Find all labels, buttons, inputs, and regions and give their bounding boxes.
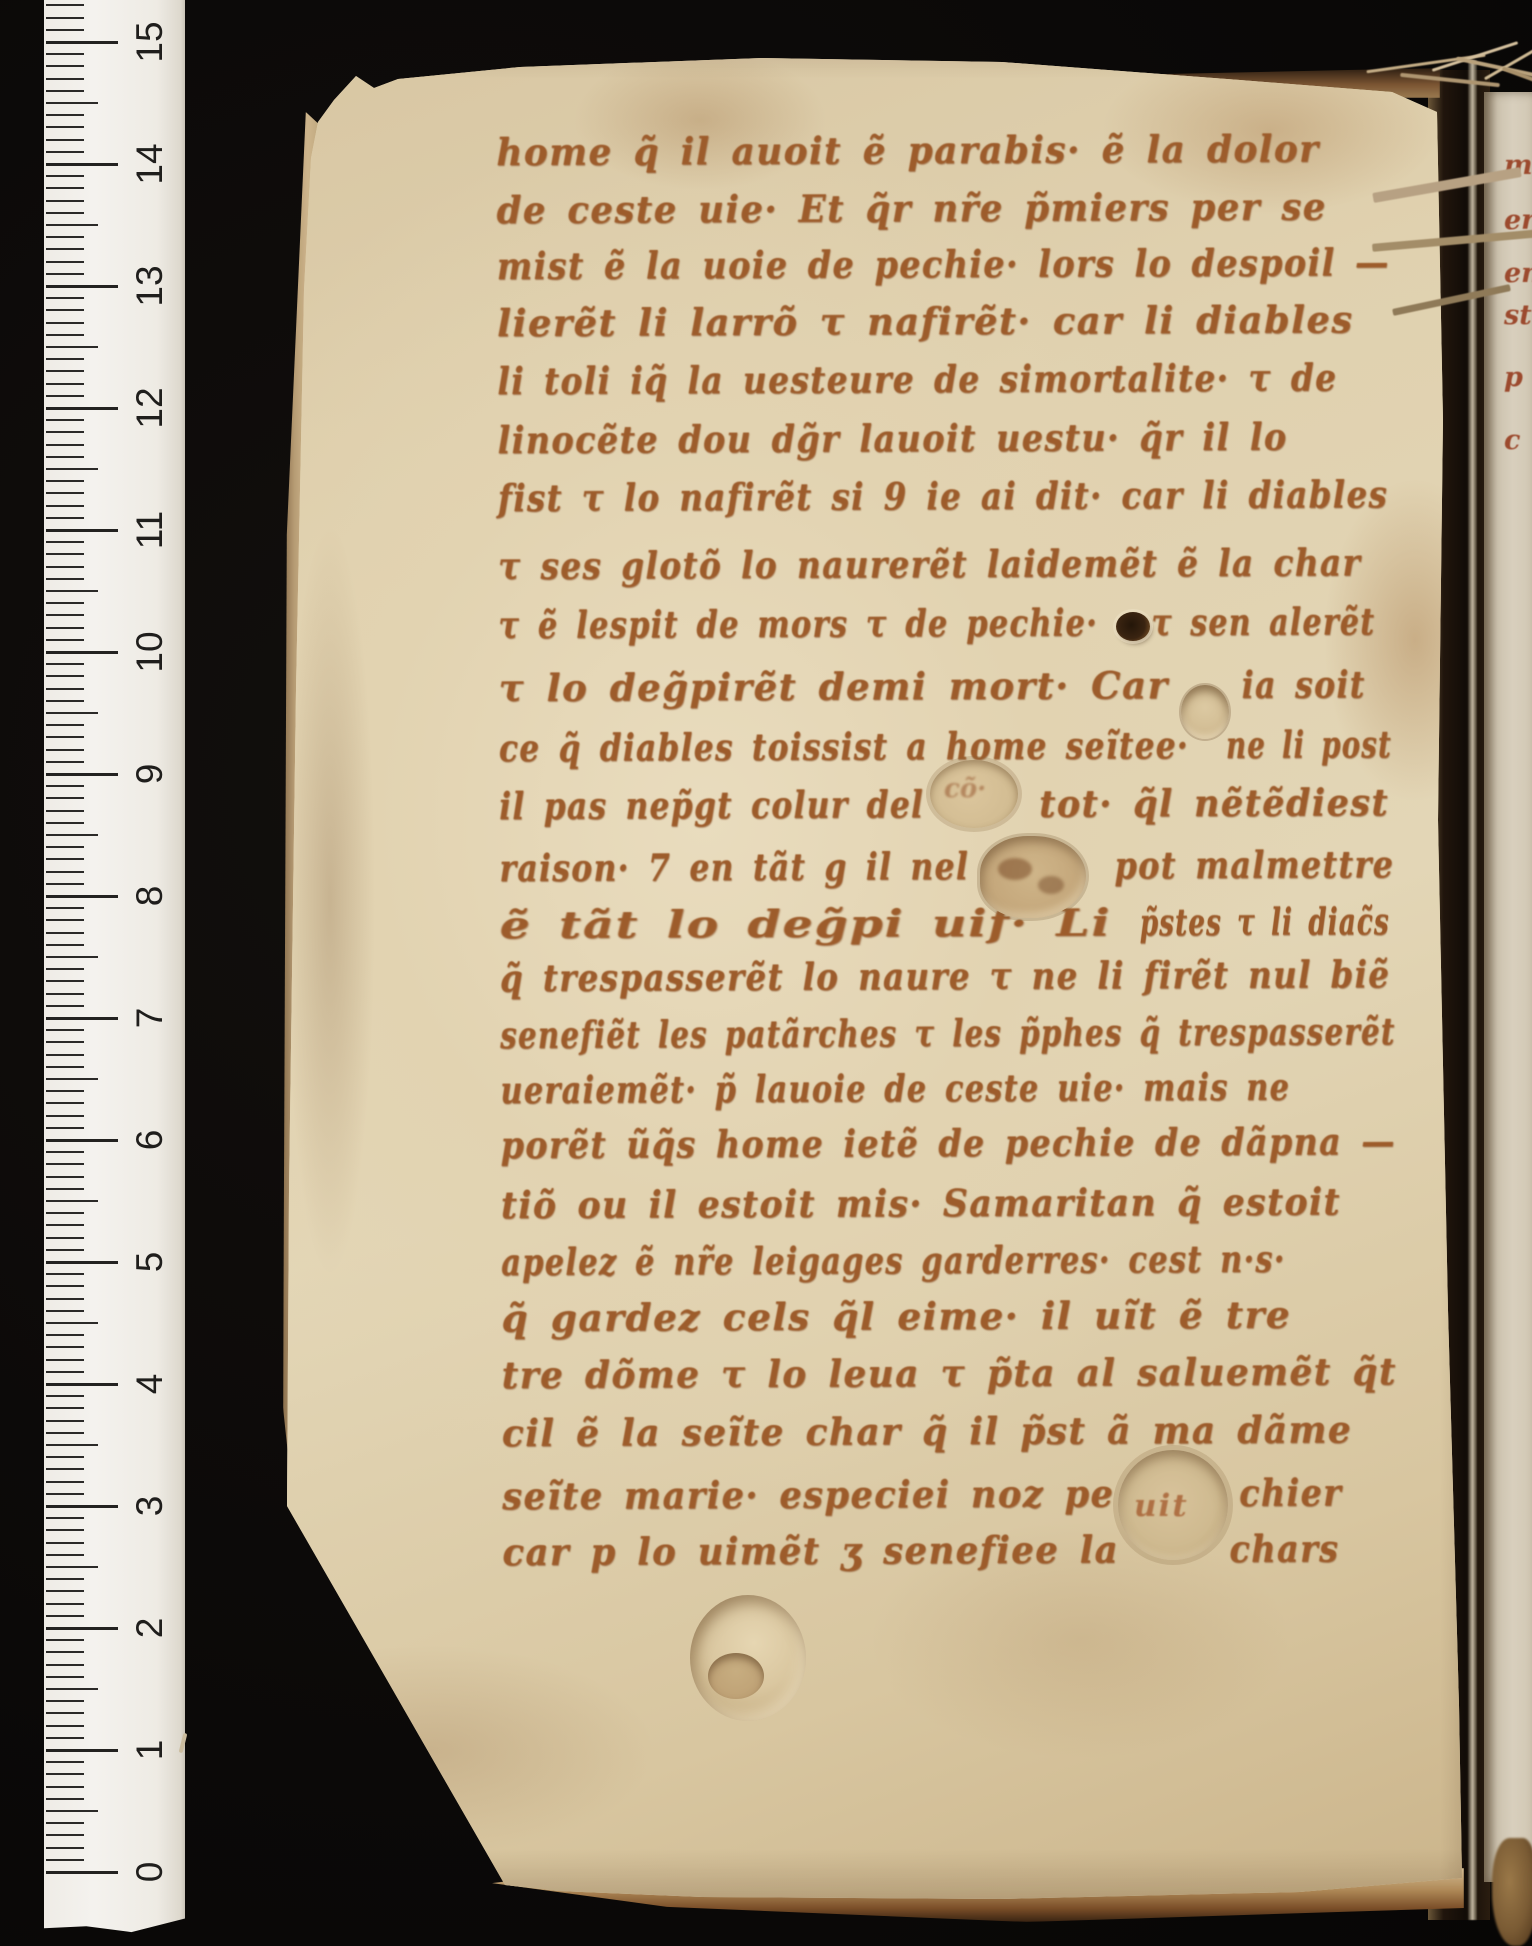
ruler-tick [46, 810, 84, 812]
manuscript-line: fist τ lo nafirẽt si 9 ie ai dit· car li… [498, 472, 1388, 520]
ruler-tick [46, 590, 98, 592]
ruler-tick [46, 688, 84, 690]
ruler-tick [46, 1224, 84, 1226]
ruler-tick [46, 822, 84, 824]
ruler-tick [46, 712, 98, 714]
ruler-tick [46, 785, 84, 787]
manuscript-line: home q̃ il auoit ẽ parabis· ẽ la dolor [496, 127, 1319, 175]
ruler-tick [46, 480, 84, 482]
ghost-text: uit [1134, 1488, 1189, 1524]
ruler-number: 0 [130, 1844, 170, 1900]
ruler-tick [46, 858, 84, 860]
ruler-tick [46, 65, 84, 67]
parchment-hole [1181, 685, 1229, 739]
manuscript-line: q̃ trespasserẽt lo naure τ ne li firẽt n… [500, 952, 1390, 1000]
ruler-tick [46, 456, 84, 458]
ruler-number: 12 [130, 380, 170, 436]
manuscript-line: apelez ẽ nr̃e leigages garderres· cest n… [501, 1237, 1286, 1284]
ghost-text: cõ· [944, 774, 986, 804]
ruler-tick [46, 358, 84, 360]
ruler-tick [46, 1834, 84, 1836]
ruler-tick [46, 663, 84, 665]
ruler-tick [46, 1639, 84, 1641]
manuscript-line: raison· 7 en tãt g il nel [499, 844, 969, 890]
ruler-tick [46, 4, 84, 6]
manuscript-line: seĩte marie· especiei noz pe [502, 1471, 1114, 1518]
ruler-tick [46, 1773, 84, 1775]
ruler-tick [46, 1249, 84, 1251]
ruler-tick [46, 1420, 84, 1422]
ruler-tick [46, 1115, 84, 1117]
ruler-tick [46, 846, 84, 848]
ruler-tick [46, 1725, 84, 1727]
manuscript-line: tiõ ou il estoit mis· Samaritan q̃ estoi… [501, 1179, 1341, 1227]
ruler-number: 15 [130, 14, 170, 70]
ruler-tick [46, 1456, 84, 1458]
ruler-tick [46, 1786, 84, 1788]
photo-background: merenstpc home q̃ il auoit ẽ parabis· ẽ … [0, 0, 1532, 1946]
dimple-inner-hole [708, 1653, 764, 1699]
ruler-tick [46, 834, 98, 836]
ruler-tick [46, 1712, 84, 1714]
ruler-number: 14 [130, 136, 170, 192]
ruler-tick [46, 236, 84, 238]
manuscript-line: tot· q̃l nẽtẽdiest [1039, 780, 1389, 826]
ruler-tick [46, 1676, 84, 1678]
ruler-tick [46, 334, 84, 336]
ruler-number: 11 [130, 502, 170, 558]
ruler-tick [46, 1444, 98, 1446]
ruler-tick [46, 1627, 118, 1630]
ruler-tick [46, 907, 84, 909]
ruler-tick [46, 212, 84, 214]
ruler-tick [46, 29, 84, 31]
ruler-tick [46, 1078, 98, 1080]
ruler-tick [46, 1163, 84, 1165]
manuscript-line: car p lo uimẽt ʒ senefiee la [502, 1527, 1119, 1574]
manuscript-line: mist ẽ la uoie de pechie· lors lo despoi… [497, 240, 1390, 288]
ruler-number: 8 [130, 868, 170, 924]
ruler-tick [46, 78, 84, 80]
manuscript-line: ia soit [1242, 662, 1366, 707]
ruler-tick [46, 1383, 118, 1386]
ruler-tick [46, 1310, 84, 1312]
ruler-tick [46, 1041, 84, 1043]
show-through-ink [1038, 876, 1064, 894]
manuscript-line: ueraiemẽt· p̃ lauoie de ceste uie· mais … [500, 1065, 1290, 1112]
manuscript-line: τ ses glotõ lo naurerẽt laidemẽt ẽ la ch… [498, 540, 1361, 588]
ruler-tick [46, 297, 84, 299]
manuscript-line: τ ẽ lespit de mors τ de pechie· [498, 601, 1098, 648]
ruler-tick [46, 1468, 84, 1470]
ruler-tick [46, 346, 98, 348]
ruler-tick [46, 1102, 84, 1104]
ruler-tick [46, 1432, 84, 1434]
manuscript-line: porẽt ũq̃s home ietẽ de pechie de dãpna … [501, 1119, 1396, 1167]
ruler-tick [46, 383, 84, 385]
ruler-tick [46, 1603, 84, 1605]
ruler-tick [46, 370, 84, 372]
ruler-tick [46, 1407, 84, 1409]
parchment-wormhole [1116, 612, 1150, 641]
ruler-tick [46, 407, 118, 410]
ruler-tick [46, 1810, 98, 1812]
manuscript-line: il pas nep̃gt colur del [499, 782, 924, 828]
ruler-tick [46, 1090, 84, 1092]
manuscript-line: chier [1239, 1470, 1342, 1514]
ruler-tick [46, 919, 84, 921]
ruler-tick [46, 17, 84, 19]
manuscript-line: li toli iq̃ la uesteure de simortalite· … [497, 356, 1337, 404]
ruler-number: 13 [130, 258, 170, 314]
ruler-tick [46, 1798, 84, 1800]
ruler-tick [46, 993, 84, 995]
ruler-tick [46, 1651, 84, 1653]
ruler-number: 5 [130, 1234, 170, 1290]
ruler-tick [46, 1200, 98, 1202]
ruler-tick [46, 200, 84, 202]
ruler-tick [46, 956, 98, 958]
ruler-tick [46, 492, 84, 494]
ruler-tick [46, 724, 84, 726]
ruler-tick [46, 1737, 84, 1739]
ruler-tick [46, 1871, 118, 1874]
ruler-tick [46, 944, 84, 946]
ruler-tick [46, 1700, 84, 1702]
ruler-tick [46, 675, 84, 677]
ruler-tick [46, 968, 84, 970]
ruler-tick [46, 566, 84, 568]
ruler-tick [46, 1212, 84, 1214]
ruler-tick [46, 139, 84, 141]
ruler-tick [46, 224, 98, 226]
ruler-number: 1 [130, 1722, 170, 1778]
manuscript-line: de ceste uie· Et q̃r nr̃e p̃miers per se [497, 185, 1327, 233]
ruler-tick [46, 736, 84, 738]
manuscript-line: cil ẽ la seĩte char q̃ il p̃st ã ma dãme [502, 1407, 1352, 1455]
ruler-tick [46, 1688, 98, 1690]
ruler-tick [46, 517, 84, 519]
ruler-tick [46, 395, 84, 397]
ruler-tick [46, 1066, 84, 1068]
ruler-tick [46, 1127, 84, 1129]
ruler-tick [46, 1334, 84, 1336]
manuscript-line: q̃ gardez cels q̃l eime· il uĩt ẽ tre [501, 1293, 1291, 1340]
ruler-tick [46, 1822, 84, 1824]
ruler-tick [46, 871, 84, 873]
ruler-tick [46, 1566, 98, 1568]
ruler-tick [46, 1481, 84, 1483]
ruler-tick [46, 468, 98, 470]
ruler-tick [46, 1542, 84, 1544]
ruler-tick [46, 114, 84, 116]
manuscript-line: lierẽt li larrõ τ nafirẽt· car li diable… [497, 297, 1354, 345]
ruler-tick [46, 883, 84, 885]
measurement-ruler: 0123456789101112131415 [44, 0, 185, 1934]
ruler-tick [46, 431, 84, 433]
ruler-tick [46, 1139, 118, 1142]
ruler-tick [46, 1578, 84, 1580]
show-through-ink [998, 858, 1032, 880]
ruler-tick [46, 578, 84, 580]
ruler-tick [46, 1505, 118, 1508]
manuscript-line: τ sen alerẽt [1151, 599, 1375, 644]
manuscript-line: tre dõme τ lo leua τ p̃ta al saluemẽt q̃… [502, 1349, 1397, 1397]
ruler-tick [46, 980, 84, 982]
ruler-tick [46, 309, 84, 311]
ruler-tick [46, 773, 118, 776]
manuscript-line: senefiẽt les patãrches τ les p̃phes q̃ t… [500, 1009, 1396, 1057]
ruler-tick [46, 163, 118, 166]
ruler-tick [46, 1005, 84, 1007]
ruler-number: 10 [130, 624, 170, 680]
ruler-tick [46, 1322, 98, 1324]
ruler-tick [46, 151, 84, 153]
ruler-tick [46, 1029, 84, 1031]
parchment-dimple-hole [690, 1595, 806, 1721]
ruler-tick [46, 761, 84, 763]
ruler-tick [46, 614, 84, 616]
ruler-tick [46, 1176, 84, 1178]
ruler-tick [46, 639, 84, 641]
ruler-number: 3 [130, 1478, 170, 1534]
ruler-tick [46, 248, 84, 250]
repair-patch: uit [1118, 1450, 1228, 1560]
ruler-tick [46, 322, 84, 324]
ruler-tick [46, 1859, 84, 1861]
ruler-tick [46, 1359, 84, 1361]
manuscript-line: ne li post [1226, 722, 1392, 767]
ruler-tick [46, 1529, 84, 1531]
manuscript-line: chars [1229, 1527, 1339, 1571]
ruler-tick [46, 1188, 84, 1190]
ruler-tick [46, 1554, 84, 1556]
ruler-tick [46, 1273, 84, 1275]
ruler-tick [46, 529, 118, 532]
ruler-tick [46, 261, 84, 263]
ruler-number: 6 [130, 1112, 170, 1168]
ruler-tick [46, 273, 84, 275]
ruler-tick [46, 187, 84, 189]
ruler-tick [46, 1298, 84, 1300]
ruler-tick [46, 1017, 118, 1020]
ruler-tick [46, 285, 118, 288]
ruler-tick [46, 932, 84, 934]
ruler-tick [46, 797, 84, 799]
ruler-tick [46, 444, 84, 446]
manuscript-line: pot malmettre [1114, 842, 1394, 887]
ruler-tick [46, 749, 84, 751]
ruler-tick [46, 651, 118, 654]
ruler-tick [46, 553, 84, 555]
ruler-tick [46, 1590, 84, 1592]
ruler-tick [46, 175, 84, 177]
ruler-tick [46, 1285, 84, 1287]
ruler-tick [46, 1054, 84, 1056]
ruler-tick [46, 1261, 118, 1264]
ruler-tick [46, 1615, 84, 1617]
ruler-number: 7 [130, 990, 170, 1046]
manuscript-line: linocẽte dou dg̃r lauoit uestu· q̃r il l… [498, 415, 1288, 462]
ruler-tick [46, 1664, 84, 1666]
ruler-tick [46, 1395, 84, 1397]
ruler-tick [46, 41, 118, 44]
ruler-tick [46, 1371, 84, 1373]
ruler-tick [46, 126, 84, 128]
manuscript-line: τ lo deg̃pirẽt demi mort· Car [499, 663, 1169, 710]
ruler-tick [46, 700, 84, 702]
ruler-tick [46, 90, 84, 92]
ruler-tick [46, 1237, 84, 1239]
manuscript-line: p̃stes τ li diac̃s [1140, 899, 1390, 944]
ruler-tick [46, 1847, 84, 1849]
ruler-tick [46, 505, 84, 507]
ruler-tick [46, 1346, 84, 1348]
ruler-tick [46, 1761, 84, 1763]
ruler-tick [46, 602, 84, 604]
ruler-tick [46, 1749, 118, 1752]
ruler-number: 2 [130, 1600, 170, 1656]
ruler-tick [46, 102, 98, 104]
ruler-tick [46, 1151, 84, 1153]
ruler-tick [46, 895, 118, 898]
ruler-number: 9 [130, 746, 170, 802]
ruler-tick [46, 627, 84, 629]
ruler-tick [46, 1493, 84, 1495]
ruler-tick [46, 419, 84, 421]
manuscript-line: ce q̃ diables toissist a home seĩtee· [499, 723, 1189, 770]
ruler-tick [46, 541, 84, 543]
ruler-tick [46, 1517, 84, 1519]
ruler-tick [46, 53, 84, 55]
ruler-number: 4 [130, 1356, 170, 1412]
